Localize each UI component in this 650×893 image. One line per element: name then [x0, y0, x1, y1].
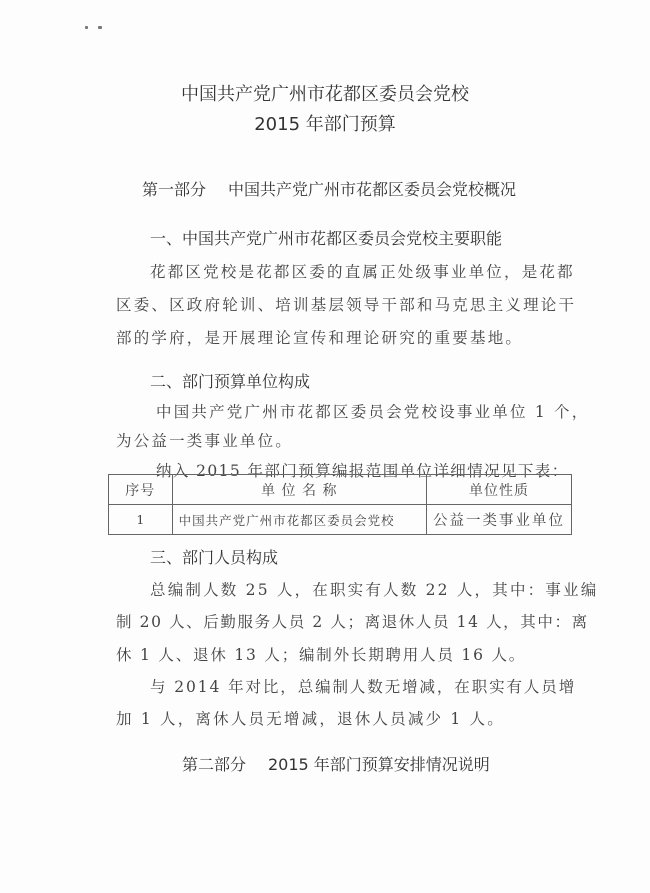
- header-unit-type: 单位性质: [426, 475, 571, 505]
- cell-index: 1: [109, 505, 173, 535]
- part2-label: 第二部分: [182, 752, 246, 775]
- section2-line: 为公益一类事业单位。: [116, 429, 293, 451]
- header-unit-name: 单 位 名 称: [172, 475, 426, 505]
- part1-label: 第一部分: [142, 177, 206, 200]
- section3-line: 与 2014 年对比，总编制人数无增减，在职实有人员增: [150, 675, 576, 697]
- section1-line: 区委、区政府轮训、培训基层领导干部和马克思主义理论干: [116, 293, 576, 315]
- section3-heading: 三、部门人员构成: [150, 545, 278, 568]
- document-subtitle: 2015 年部门预算: [0, 110, 650, 136]
- section3-line: 制 20 人、后勤服务人员 2 人；离退休人员 14 人，其中：离: [116, 610, 589, 632]
- part1-title: 中国共产党广州市花都区委员会党校概况: [228, 177, 516, 200]
- scan-speck: [98, 26, 102, 29]
- section3-line: 加 1 人，离休人员无增减，退休人员减少 1 人。: [116, 707, 505, 729]
- section1-heading: 一、中国共产党广州市花都区委员会党校主要职能: [150, 226, 502, 249]
- cell-unit-name: 中国共产党广州市花都区委员会党校: [172, 505, 426, 535]
- scan-speck: [85, 26, 88, 29]
- document-title: 中国共产党广州市花都区委员会党校: [0, 80, 650, 106]
- section3-line: 总编制人数 25 人，在职实有人数 22 人，其中：事业编: [150, 578, 598, 600]
- table-row: 1 中国共产党广州市花都区委员会党校 公益一类事业单位: [109, 505, 572, 535]
- cell-unit-type: 公益一类事业单位: [426, 505, 571, 535]
- section2-line: 中国共产党广州市花都区委员会党校设事业单位 1 个，: [156, 400, 589, 422]
- header-index: 序号: [109, 475, 173, 505]
- section2-heading: 二、部门预算单位构成: [150, 369, 310, 392]
- section1-line: 花都区党校是花都区委的直属正处级事业单位，是花都: [150, 260, 575, 282]
- document-page: 中国共产党广州市花都区委员会党校 2015 年部门预算 第一部分 中国共产党广州…: [0, 0, 650, 893]
- section1-line: 部的学府，是开展理论宣传和理论研究的重要基地。: [116, 326, 523, 348]
- section3-line: 休 1 人、退休 13 人；编制外长期聘用人员 16 人。: [116, 643, 526, 665]
- budget-units-table: 序号 单 位 名 称 单位性质 1 中国共产党广州市花都区委员会党校 公益一类事…: [108, 474, 572, 535]
- table-header-row: 序号 单 位 名 称 单位性质: [109, 475, 572, 505]
- part2-title: 2015 年部门预算安排情况说明: [268, 752, 490, 775]
